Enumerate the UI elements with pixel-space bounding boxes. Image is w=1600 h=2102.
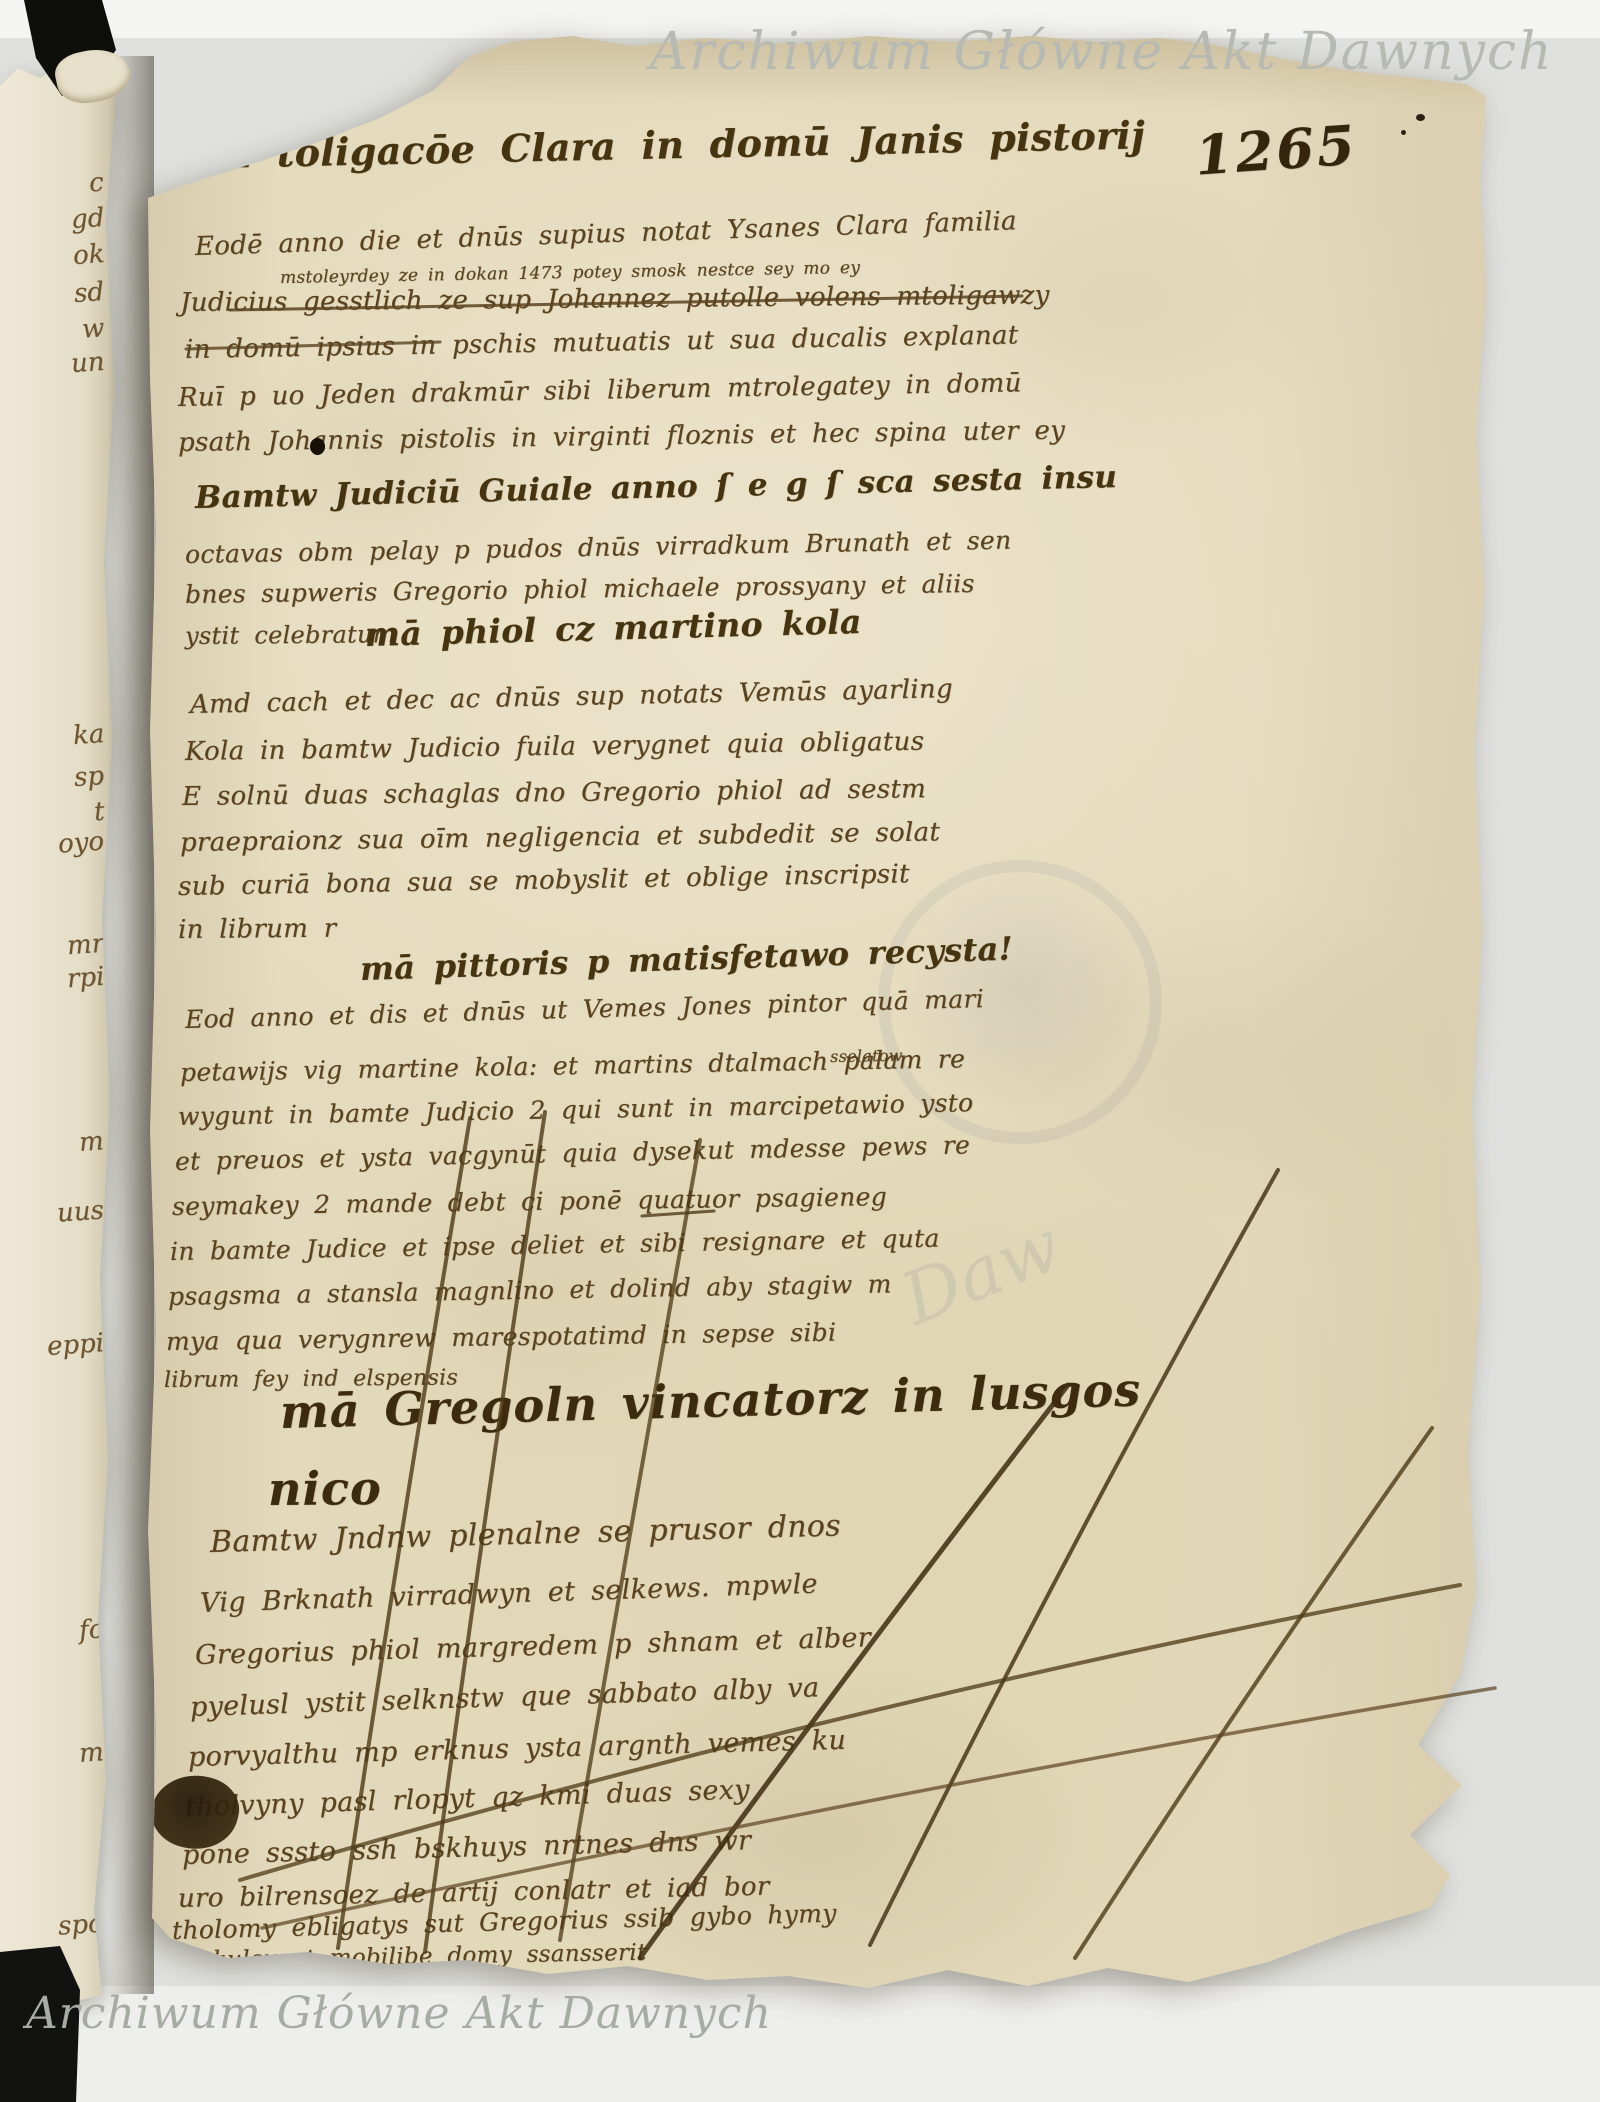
manuscript-line: sub curiā bona sua se mobyslit et oblige… bbox=[178, 859, 910, 902]
manuscript-line: Bamtw Judiciū Guiale anno ſ e g ſ sca se… bbox=[195, 459, 1118, 516]
prev-page-fragment: rpi bbox=[66, 962, 105, 995]
scanned-document: c gd ok sd w un ka sp t oyo mr rpi m uus… bbox=[0, 0, 1600, 2102]
prev-page-fragment: c bbox=[88, 168, 105, 199]
manuscript-line: Kola in bamtw Judicio fuila verygnet qui… bbox=[185, 727, 925, 767]
manuscript-line: Eod anno et dis et dnūs ut Vemes Jones p… bbox=[185, 984, 985, 1034]
ink-dot bbox=[310, 438, 325, 455]
prev-page-fragment: spo bbox=[57, 1908, 105, 1941]
prev-page-fragment: w bbox=[81, 313, 105, 344]
previous-page-edge: c gd ok sd w un ka sp t oyo mr rpi m uus… bbox=[0, 60, 118, 2005]
manuscript-line: niwkuley et mobilibe domy ssansserit bbox=[170, 1940, 647, 1974]
manuscript-page: Daw 1265 Jn toligacōe Clara in domū Jani… bbox=[148, 30, 1488, 1995]
archive-watermark-bottom: Archiwum Główne Akt Dawnych bbox=[26, 1988, 772, 2039]
prev-page-fragment: sd bbox=[73, 277, 105, 309]
prev-page-fragment: ok bbox=[72, 239, 105, 271]
manuscript-line: tholvyny pasl rlopyt qz kmi duas sexy bbox=[185, 1774, 751, 1823]
manuscript-line: Bamtw Jndnw plenalne se prusor dnos bbox=[210, 1508, 842, 1560]
manuscript-line-struck: Judicius gesstlich ze sup Johannez putol… bbox=[180, 280, 1050, 318]
manuscript-line: et preuos et ysta vacgynūt quia dysekut … bbox=[175, 1130, 971, 1176]
prev-page-fragment: sp bbox=[73, 761, 105, 793]
prev-page-fragment: uus bbox=[56, 1195, 105, 1228]
manuscript-line: psagsma a stansla magnlino et dolind aby… bbox=[168, 1269, 892, 1311]
manuscript-line: Eodē anno die et dnūs supius notat Ysane… bbox=[195, 206, 1018, 262]
manuscript-line: in domū ipsius in pschis mutuatis ut sua… bbox=[185, 320, 1019, 365]
manuscript-paper: Daw 1265 Jn toligacōe Clara in domū Jani… bbox=[148, 30, 1488, 1995]
prev-page-fragment: eppi bbox=[46, 1328, 105, 1362]
section-heading: mā phiol cz martino kola bbox=[364, 602, 862, 654]
manuscript-line: Amd cach et dec ac dnūs sup notats Vemūs… bbox=[190, 674, 953, 720]
manuscript-line: in bamte Judice et ipse deliet et sibi r… bbox=[170, 1224, 940, 1266]
prev-page-fragment: fo bbox=[78, 1614, 105, 1646]
manuscript-line: wygunt in bamte Judicio 2 qui sunt in ma… bbox=[178, 1088, 974, 1131]
prev-page-fragment: m bbox=[78, 1126, 105, 1158]
manuscript-line: porvyalthu mp erknus ysta argnth vemes k… bbox=[188, 1725, 847, 1773]
prev-page-fragment: gd bbox=[70, 203, 105, 235]
page-number: 1265 bbox=[1193, 112, 1359, 187]
manuscript-line: in librum r bbox=[178, 914, 337, 945]
manuscript-line: pone sssto ssh bskhuys nrtnes dns wr bbox=[182, 1825, 752, 1871]
manuscript-line: E solnū duas schaglas dno Gregorio phiol… bbox=[182, 774, 926, 812]
record-heading: nico bbox=[268, 1461, 382, 1516]
record-heading: Jn toligacōe Clara in domū Janis pistori… bbox=[205, 112, 1146, 177]
manuscript-line: Ruī p uo Jeden drakmūr sibi liberum mtro… bbox=[178, 368, 1022, 413]
prev-page-fragment: mr bbox=[66, 929, 105, 962]
manuscript-line: praepraionz sua oīm negligencia et subde… bbox=[180, 817, 941, 858]
prev-page-fragment: oyo bbox=[57, 826, 105, 859]
manuscript-line: Vig Brknath virradwyn et selkews. mpwle bbox=[200, 1569, 819, 1619]
prev-page-fragment: un bbox=[69, 347, 105, 379]
manuscript-line: seymakey 2 mande debt ci ponē quatuor ps… bbox=[172, 1182, 887, 1221]
prev-page-fragment: m bbox=[78, 1737, 105, 1769]
ink-speck bbox=[1401, 130, 1406, 135]
manuscript-line: Gregorius phiol margredem p shnam et alb… bbox=[195, 1622, 872, 1671]
manuscript-line: pyelusl ystit selknstw que sabbato alby … bbox=[190, 1672, 820, 1723]
prev-page-fragment: ka bbox=[72, 719, 105, 751]
prev-page-fragment: t bbox=[93, 797, 106, 828]
archive-watermark-top: Archiwum Główne Akt Dawnych bbox=[650, 22, 1554, 82]
manuscript-line: octavas obm pelay p pudos dnūs virradkum… bbox=[185, 526, 1012, 569]
manuscript-line: mya qua verygnrew marespotatimd in sepse… bbox=[166, 1318, 837, 1356]
manuscript-line: petawijs vig martine kola: et martins dt… bbox=[180, 1044, 966, 1087]
ink-speck bbox=[1416, 114, 1425, 121]
previous-page-paper: c gd ok sd w un ka sp t oyo mr rpi m uus… bbox=[0, 60, 118, 2005]
section-heading: mā pittoris p matisfetawo recysta! bbox=[359, 929, 1013, 987]
